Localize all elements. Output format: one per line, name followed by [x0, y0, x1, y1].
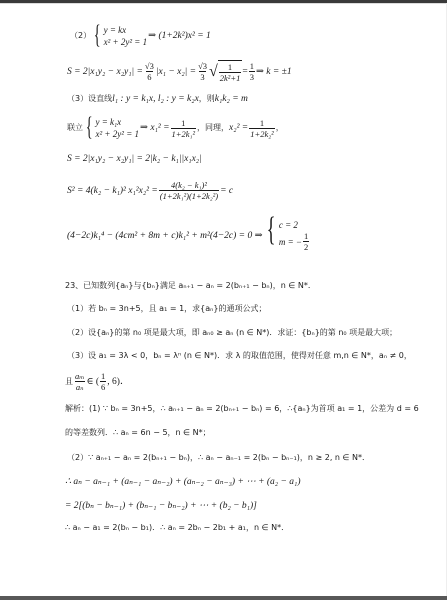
left-brace-icon: { — [266, 219, 275, 252]
part2-label: （2） — [70, 30, 91, 42]
fraction-denominator: aₙ — [75, 381, 85, 392]
telescoping-sum: ∴ aₙ − aₙ₋₁ + (aₙ₋₁ − aₙ₋₂) + (aₙ₋₂ − aₙ… — [65, 476, 300, 488]
part-3-text: （3）设 a₁ = 3λ < 0，bₙ = λⁿ (n ∈ N*)．求 λ 的取… — [67, 350, 412, 362]
telescoping-sum-b: = 2[(bₙ − bₙ₋₁) + (bₙ₋₁ − bₙ₋₂) + ⋯ + (b… — [65, 500, 257, 512]
fraction: 1 2 — [303, 231, 309, 252]
solution-part-1: 解析：(1) ∵ bₙ = 3n+5，∴ aₙ₊₁ − aₙ = 2(bₙ₊₁ … — [65, 403, 419, 415]
solution-sum-line-2: = 2[(bₙ − bₙ₋₁) + (bₙ₋₁ − bₙ₋₂) + ⋯ + (b… — [65, 500, 257, 512]
fraction: √3 3 — [197, 61, 208, 82]
fraction: 1 1+2k₂² — [249, 118, 275, 139]
radical-icon: √ — [209, 64, 218, 80]
fraction-denominator: 3 — [249, 71, 255, 82]
solution-c: c = 2 — [279, 219, 310, 231]
simultaneous-label: 联立 — [67, 122, 83, 134]
simultaneous-equations: 联立 { y = k₁x x² + 2y² = 1 ⇒ x₁² = 1 1+2k… — [67, 116, 284, 140]
part2-result: ⇒ (1+2k²)x² = 1 — [148, 30, 211, 42]
fraction: 4(k₂ − k₁)² (1+2k₁²)(1+2k₂²) — [159, 180, 219, 201]
part3-label: （3） — [67, 93, 88, 105]
question-23-part-3-condition: 且 aₘ aₙ ∈ ( 1 6 , 6)． — [65, 371, 129, 392]
part-1-text: （1）若 bₙ = 3n+5，且 a₁ = 1，求{aₙ}的通项公式； — [67, 303, 266, 315]
fraction-denominator: 1+2k₁² — [171, 128, 197, 139]
part3-intro: （3） 设直线 l₁ : y = k₁x, l₂ : y = k₂x ，则 k₁… — [67, 93, 248, 105]
square-root: √ 1 2k²+1 — [209, 60, 242, 83]
fraction-numerator: 1 — [259, 118, 265, 128]
similarly-text: ，同理， — [197, 122, 229, 134]
part3-text: 设直线 — [88, 93, 112, 105]
area-squared-lhs: S² = 4(k₂ − k₁)² x₁²x₂² = — [67, 185, 158, 197]
solution-part-1-cont-text: 的等差数列．∴ aₙ = 6n − 5，n ∈ N*； — [65, 427, 211, 439]
solution-part-2: （2）∵ aₙ₊₁ − aₙ = 2(bₙ₊₁ − bₙ)，∴ aₙ − aₙ₋… — [67, 452, 370, 464]
fraction-denominator: (1+2k₁²)(1+2k₂²) — [159, 190, 219, 201]
fraction: √3 6 — [144, 61, 155, 82]
area-squared-line: S² = 4(k₂ − k₁)² x₁²x₂² = 4(k₂ − k₁)² (1… — [67, 180, 233, 201]
system-brace: { c = 2 m = − 1 2 — [263, 219, 311, 252]
solution-part-2-text: （2）∵ aₙ₊₁ − aₙ = 2(bₙ₊₁ − bₙ)，∴ aₙ − aₙ₋… — [67, 452, 370, 464]
fraction-numerator: 4(k₂ − k₁)² — [170, 180, 208, 190]
comma: ， — [276, 122, 284, 134]
fraction: 1 1+2k₁² — [171, 118, 197, 139]
system-brace: { y = k₁x x² + 2y² = 1 — [83, 116, 139, 140]
quartic-line: (4−2c)k₁⁴ − (4cm² + 8m + c)k₁² + m²(4−2c… — [67, 219, 311, 252]
part3-lines: l₁ : y = k₁x, l₂ : y = k₂x — [112, 93, 199, 105]
fraction-numerator: 1 — [180, 118, 186, 128]
question-23-part-1: （1）若 bₙ = 3n+5，且 a₁ = 1，求{aₙ}的通项公式； — [67, 303, 266, 315]
fraction-numerator: aₘ — [74, 371, 85, 381]
left-brace-icon: { — [94, 24, 101, 48]
part3-then: ，则 — [199, 93, 215, 105]
fraction-numerator: 1 — [100, 371, 106, 381]
fraction-numerator: 1 — [249, 61, 255, 71]
fraction-numerator: √3 — [197, 61, 208, 71]
fraction: aₘ aₙ — [74, 371, 85, 392]
system-brace: { y = kx x² + 2y² = 1 — [91, 24, 147, 48]
fraction-numerator: 1 — [303, 231, 309, 241]
document-page: （2） { y = kx x² + 2y² = 1 ⇒ (1+2k²)x² = … — [0, 0, 447, 596]
part3-product: k₁k₂ = m — [215, 93, 248, 105]
solution-m: m = − — [279, 236, 302, 248]
fraction-denominator: 6 — [100, 381, 106, 392]
area-abs-line: S = 2|x₁y₂ − x₂y₁| = 2|k₂ − k₁||x₁x₂| — [67, 153, 202, 165]
equals-sign: = — [242, 66, 247, 78]
fraction: 1 6 — [100, 371, 106, 392]
fraction-denominator: 6 — [146, 71, 152, 82]
bottom-border — [0, 596, 447, 600]
fraction-numerator: √3 — [144, 61, 155, 71]
quartic-equation: (4−2c)k₁⁴ − (4cm² + 8m + c)k₁² + m²(4−2c… — [67, 230, 263, 242]
fraction-numerator: 1 — [227, 62, 233, 72]
fraction-denominator: 2 — [303, 241, 309, 252]
system-row-2: x² + 2y² = 1 — [104, 36, 148, 48]
part-2-text: （2）设{aₙ}的第 n₀ 项是最大项，即 aₙ₀ ≥ aₙ (n ∈ N*)．… — [67, 327, 397, 339]
part2-equation: （2） { y = kx x² + 2y² = 1 ⇒ (1+2k²)x² = … — [70, 24, 211, 48]
solution-sum-line: ∴ aₙ − aₙ₋₁ + (aₙ₋₁ − aₙ₋₂) + (aₙ₋₂ − aₙ… — [65, 476, 300, 488]
conclusion-text: ∴ aₙ − a₁ = 2(bₙ − b₁)．∴ aₙ = 2bₙ − 2b₁ … — [65, 522, 289, 534]
fraction-denominator: 3 — [199, 71, 205, 82]
question-23-part-3: （3）设 a₁ = 3λ < 0，bₙ = λⁿ (n ∈ N*)．求 λ 的取… — [67, 350, 412, 362]
solution-conclusion: ∴ aₙ − a₁ = 2(bₙ − b₁)．∴ aₙ = 2bₙ − 2b₁ … — [65, 522, 289, 534]
system-row-2: x² + 2y² = 1 — [95, 128, 139, 140]
area-mid: |x₁ − x₂| = — [156, 66, 196, 78]
area-formula-line: S = 2|x₁y₂ − x₂y₁| = √3 6 |x₁ − x₂| = √3… — [67, 60, 292, 83]
area-squared-rhs: = c — [220, 185, 233, 197]
system-row-1: y = k₁x — [95, 116, 139, 128]
fraction-denominator: 2k²+1 — [219, 72, 242, 83]
fraction: 1 2k²+1 — [219, 62, 242, 83]
interval-close: , 6)． — [107, 376, 129, 388]
solution-part-1-text: 解析：(1) ∵ bₙ = 3n+5，∴ aₙ₊₁ − aₙ = 2(bₙ₊₁ … — [65, 403, 419, 415]
and-text: 且 — [65, 376, 73, 388]
fraction: 1 3 — [249, 61, 255, 82]
area-abs-formula: S = 2|x₁y₂ − x₂y₁| = 2|k₂ − k₁||x₁x₂| — [67, 153, 202, 165]
fraction-denominator: 1+2k₂² — [249, 128, 275, 139]
question-23-part-2: （2）设{aₙ}的第 n₀ 项是最大项，即 aₙ₀ ≥ aₙ (n ∈ N*)．… — [67, 327, 397, 339]
area-lhs: S = 2|x₁y₂ − x₂y₁| = — [67, 66, 143, 78]
x1-squared: ⇒ x₁² = — [140, 122, 170, 134]
question-23-text: 23、已知数列{aₙ}与{bₙ}满足 aₙ₊₁ − aₙ = 2(bₙ₊₁ − … — [65, 280, 316, 292]
interval-open: ∈ ( — [86, 376, 99, 388]
left-brace-icon: { — [86, 116, 93, 140]
system-row-1: y = kx — [104, 24, 148, 36]
area-result: ⇒ k = ±1 — [256, 66, 292, 78]
question-23-title: 23、已知数列{aₙ}与{bₙ}满足 aₙ₊₁ − aₙ = 2(bₙ₊₁ − … — [65, 280, 316, 292]
solution-part-1-cont: 的等差数列．∴ aₙ = 6n − 5，n ∈ N*； — [65, 427, 211, 439]
x2-squared: x₂² = — [229, 122, 248, 134]
